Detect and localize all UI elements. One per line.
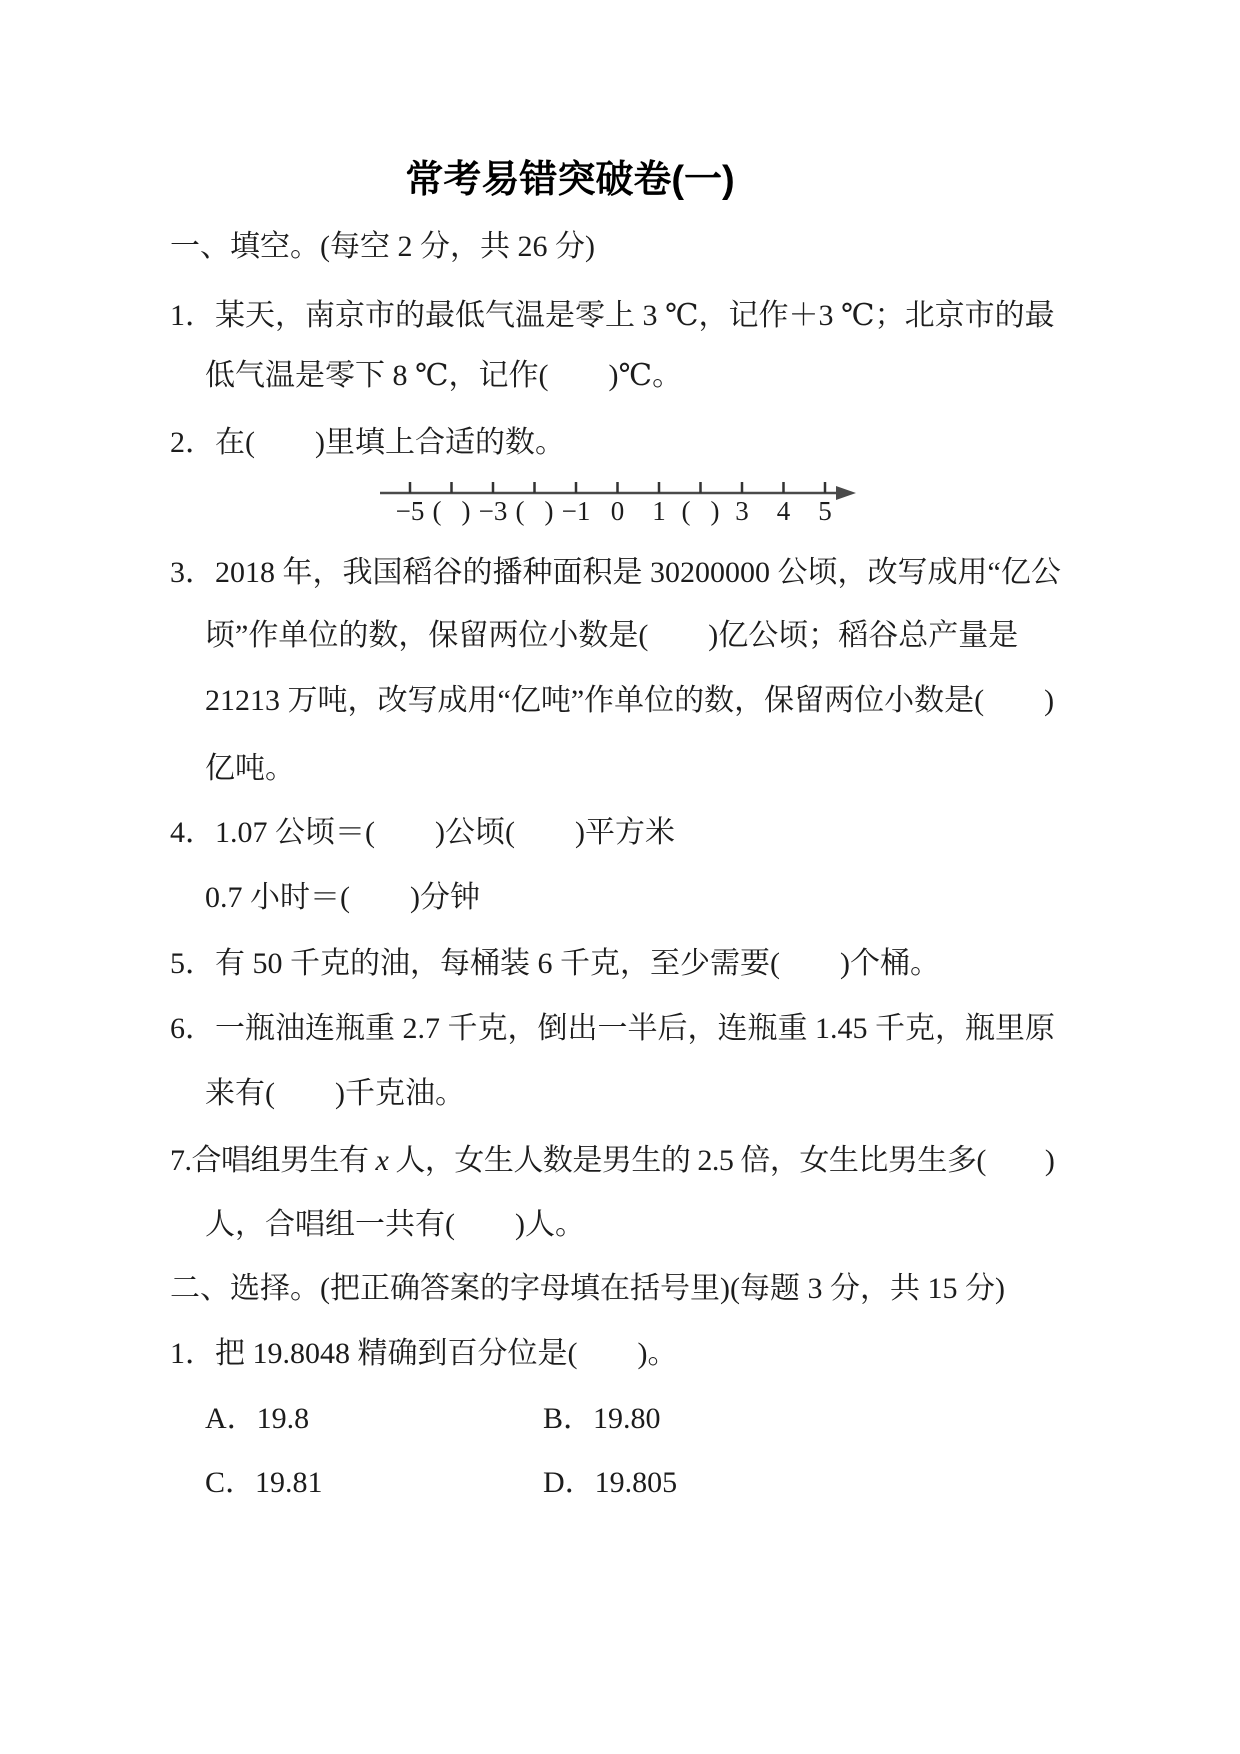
fill-q3-line4: 亿吨。 — [205, 751, 295, 787]
fill-q4-line1: 4．1.07 公顷＝( )公顷( )平方米 — [170, 815, 675, 851]
number-line-labels: −5 ( ) −3 ( ) −1 0 1 ( ) 3 4 5 — [396, 496, 832, 526]
fill-q1-line2: 低气温是零下 8 ℃，记作( )℃。 — [205, 358, 682, 394]
section2-header: 二、选择。(把正确答案的字母填在括号里)(每题 3 分，共 15 分) — [170, 1271, 1005, 1307]
number-line-label: ( — [516, 496, 525, 526]
fill-q5-line1: 5．有 50 千克的油，每桶装 6 千克，至少需要( )个桶。 — [170, 946, 940, 982]
number-line-label: 1 — [652, 496, 666, 526]
fill-q3-line3: 21213 万吨，改写成用“亿吨”作单位的数，保留两位小数是( ) — [205, 683, 1054, 719]
fill-q7-line1: 7.合唱组男生有 x 人，女生人数是男生的 2.5 倍，女生比男生多( ) — [170, 1143, 1054, 1179]
fill-q7-variable-x: x — [376, 1144, 389, 1177]
number-line-figure: −5 ( ) −3 ( ) −1 0 1 ( ) 3 4 5 — [378, 466, 873, 528]
fill-q7-text-before-var: 7.合唱组男生有 — [170, 1144, 376, 1177]
fill-q3-line1: 3．2018 年，我国稻谷的播种面积是 30200000 公顷，改写成用“亿公 — [170, 555, 1061, 591]
test-paper-page: 常考易错突破卷(一) 一、填空。(每空 2 分，共 26 分) 1．某天，南京市… — [0, 0, 1240, 1754]
number-line-label: ) — [462, 496, 471, 526]
fill-q4-line2: 0.7 小时＝( )分钟 — [205, 880, 480, 916]
choice-q1-option-a: A．19.8 — [205, 1401, 309, 1437]
number-line-label: 0 — [611, 496, 625, 526]
fill-q2-line1: 2．在( )里填上合适的数。 — [170, 425, 565, 461]
number-line-arrow-icon — [836, 486, 856, 500]
fill-q6-line2: 来有( )千克油。 — [205, 1076, 465, 1112]
fill-q1-line1: 1．某天，南京市的最低气温是零上 3 ℃，记作＋3 ℃；北京市的最 — [170, 298, 1055, 334]
fill-q3-line2: 顷”作单位的数，保留两位小数是( )亿公顷；稻谷总产量是 — [205, 618, 1018, 654]
choice-q1-option-c: C．19.81 — [205, 1465, 323, 1501]
choice-q1-option-d: D．19.805 — [543, 1465, 677, 1501]
section1-header: 一、填空。(每空 2 分，共 26 分) — [170, 229, 595, 265]
fill-q7-text-after-var: 人，女生人数是男生的 2.5 倍，女生比男生多( ) — [388, 1144, 1054, 1177]
number-line-label: ( — [433, 496, 442, 526]
number-line-label: ) — [545, 496, 554, 526]
choice-q1-line1: 1．把 19.8048 精确到百分位是( )。 — [170, 1336, 677, 1372]
number-line-ticks — [410, 482, 825, 493]
number-line-label: ) — [711, 496, 720, 526]
fill-q6-line1: 6．一瓶油连瓶重 2.7 千克，倒出一半后，连瓶重 1.45 千克，瓶里原 — [170, 1011, 1055, 1047]
page-title: 常考易错突破卷(一) — [0, 148, 1140, 203]
number-line-label: 4 — [777, 496, 791, 526]
number-line-label: −1 — [562, 496, 591, 526]
choice-q1-option-b: B．19.80 — [543, 1401, 661, 1437]
number-line-label: −5 — [396, 496, 425, 526]
fill-q7-line2: 人，合唱组一共有( )人。 — [205, 1207, 585, 1243]
number-line-label: 5 — [818, 496, 832, 526]
number-line-label: 3 — [735, 496, 749, 526]
number-line-label: −3 — [479, 496, 508, 526]
number-line-label: ( — [682, 496, 691, 526]
